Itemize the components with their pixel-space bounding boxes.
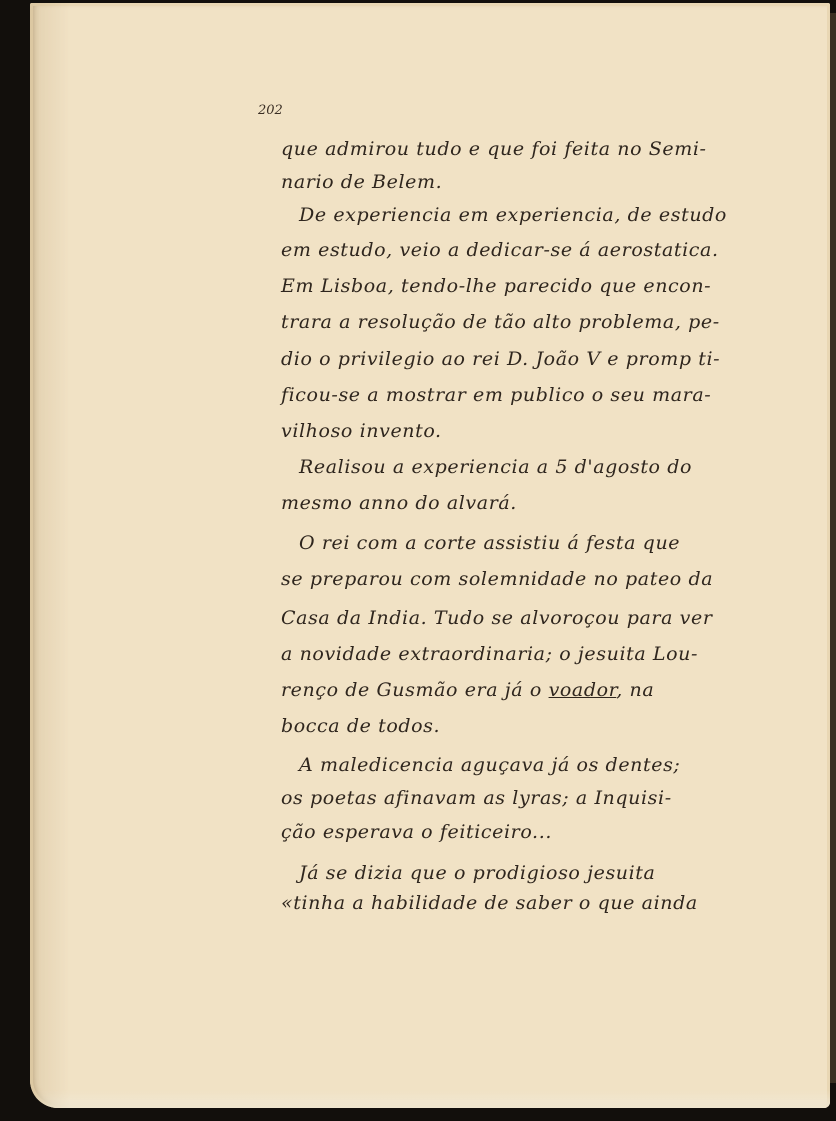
text-line: Casa da India. Tudo se alvoroçou para ve… xyxy=(281,607,713,629)
text-line: trara a resolução de tão alto problema, … xyxy=(281,311,720,333)
scanned-page-view: 202 que admirou tudo e que foi feita no … xyxy=(0,0,836,1121)
text-line: renço de Gusmão era já o voador, na xyxy=(281,679,654,701)
page-number: 202 xyxy=(258,103,283,118)
text-line: mesmo anno do alvará. xyxy=(281,492,517,514)
text-line: em estudo, veio a dedicar-se á aerostati… xyxy=(281,239,719,261)
text-line: Já se dizia que o prodigioso jesuita xyxy=(299,862,655,884)
text-line: ção esperava o feiticeiro... xyxy=(281,821,552,843)
text-line: ficou-se a mostrar em publico o seu mara… xyxy=(281,384,711,406)
manuscript-page xyxy=(30,3,830,1108)
text-line: A maledicencia aguçava já os dentes; xyxy=(299,754,680,776)
text-line: se preparou com solemnidade no pateo da xyxy=(281,568,713,590)
text-line: Realisou a experiencia a 5 d'agosto do xyxy=(299,456,692,478)
text-line: «tinha a habilidade de saber o que ainda xyxy=(281,892,698,914)
text-line: De experiencia em experiencia, de estudo xyxy=(299,204,727,226)
text-line: dio o privilegio ao rei D. João V e prom… xyxy=(281,348,720,370)
text-line: a novidade extraordinaria; o jesuita Lou… xyxy=(281,643,698,665)
text-line: vilhoso invento. xyxy=(281,420,442,442)
text-line: bocca de todos. xyxy=(281,715,440,737)
page-edge xyxy=(830,13,836,1083)
text-line: que admirou tudo e que foi feita no Semi… xyxy=(281,138,707,160)
text-line: O rei com a corte assistiu á festa que xyxy=(299,532,680,554)
text-line: nario de Belem. xyxy=(281,171,442,193)
text-line: Em Lisboa, tendo-lhe parecido que encon- xyxy=(281,275,711,297)
text-line: os poetas afinavam as lyras; a Inquisi- xyxy=(281,787,672,809)
underlined-word: voador xyxy=(549,679,617,701)
